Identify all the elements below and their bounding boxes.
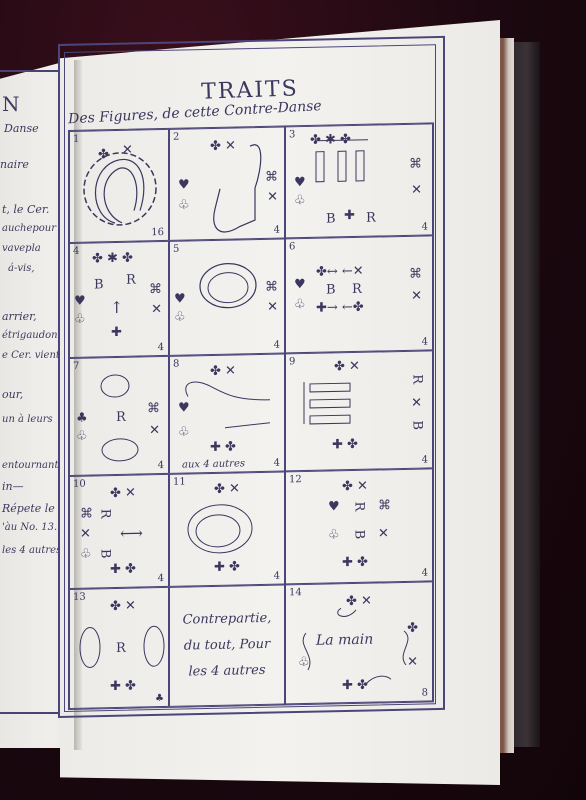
position-label-r: R (97, 509, 112, 519)
dancer-symbol-icon: ✕ (80, 527, 91, 542)
dancer-symbol-icon: ✕ (378, 526, 389, 541)
left-text-line: Répete le (2, 502, 55, 515)
dancer-symbol-icon: ♧ (174, 310, 186, 325)
dancer-symbol-icon: ✤ (407, 621, 418, 636)
figure-number: 6 (289, 241, 295, 252)
figure-count: 4 (274, 340, 280, 351)
figure-cell-6: 6 ✤↔ ←✕ B R ✚→ ←✤ ♥ ♧ ⌘ ✕ 4 (285, 235, 433, 353)
figure-cell-3: 3 ✤ ✱ ✤ ♥ ♧ ⌘ ✕ B ✚ R 4 (285, 123, 433, 238)
position-label-b: B (351, 529, 366, 539)
figure-count: 8 (422, 687, 428, 698)
figure-count: ♣ (155, 693, 164, 704)
figure-cell-5: 5 ♥ ♧ ⌘ ✕ 4 (169, 238, 285, 355)
dancer-symbol-icon: ✕ (151, 302, 162, 317)
dancer-symbol-icon: ♥ (294, 277, 306, 292)
dancer-symbol-icon: ✕ (411, 289, 422, 304)
position-label-b: B (326, 211, 336, 226)
dancer-symbol-icon: ⌘ (265, 280, 278, 295)
left-text-line: naire (0, 158, 29, 171)
dancer-symbol-icon: ♧ (298, 655, 310, 670)
dancer-symbol-icon: ✤ ✕ (334, 359, 360, 375)
figure-cell-13: 13 ✤ ✕ R ✚ ✤ ♣ (69, 587, 169, 709)
figure-count: 4 (422, 454, 428, 465)
dancer-symbol-icon: ✚ ✤ (342, 678, 368, 694)
dancer-symbol-icon: ✤ ✕ (110, 486, 136, 502)
dancer-symbol-icon: ✚→ ←✤ (316, 300, 364, 316)
contrepartie-note: Contrepartie, du tout, Pour les 4 autres (169, 584, 285, 706)
left-text-line: in— (2, 480, 24, 493)
left-text-line: un à leurs (2, 414, 53, 425)
dancer-symbol-icon: ✤ ✕ (342, 479, 368, 495)
dancer-symbol-icon: ✤ ✕ (214, 481, 240, 497)
figure-cell-11: 11 ✤ ✕ ✚ ✤ 4 (169, 471, 285, 586)
dancer-symbol-icon: ✚ (111, 325, 122, 340)
left-text-line: arrier, (2, 310, 37, 323)
dancer-symbol-icon: ⌘ (147, 401, 160, 416)
figure-number: 10 (73, 479, 86, 490)
left-text-line: t, le Cer. (2, 203, 49, 216)
dancer-symbol-icon: ✤ ✕ (110, 599, 136, 615)
dancer-symbol-icon: ✕ (267, 190, 278, 205)
figure-count: 4 (158, 573, 164, 584)
figure-cell-4: 4 ✤ ✱ ✤ B R ♥ ♧ ↑ ✚ ⌘ ✕ 4 (69, 241, 169, 358)
figure-cell-14: 14 ✤ ✕ La main ♧ ✤ ✕ ✚ ✤ 8 (285, 581, 433, 704)
figure-cell-12: 12 ✤ ✕ ♥ R ⌘ ♧ B ✕ ✚ ✤ 4 (285, 468, 433, 584)
position-label-r: R (116, 410, 126, 425)
dancer-symbol-icon: ⌘ (80, 506, 93, 521)
left-text-line: Danse (4, 122, 39, 135)
position-label-r: R (116, 641, 126, 656)
figure-cell-8: 8 ✤ ✕ ♥ ♧ ✚ ✤ aux 4 autres 4 (169, 353, 285, 473)
double-arrow-icon: ⟷ (120, 523, 143, 542)
dancer-symbol-icon: ✤ ✕ (346, 594, 372, 610)
position-label-r: R (410, 374, 425, 384)
arrow-up-icon: ↑ (110, 298, 123, 317)
left-text-line: 'àu No. 13. (2, 522, 57, 533)
dancer-symbol-icon: ♧ (294, 193, 306, 208)
dancer-symbol-icon: ♧ (178, 424, 190, 439)
figure-count: 16 (151, 227, 164, 238)
circle-path-diagram (70, 130, 169, 243)
left-text-line: entournant (2, 460, 58, 471)
figure-count: 4 (158, 460, 164, 471)
figure-number: 12 (289, 474, 302, 485)
dancer-symbol-icon: ✚ ✤ (214, 559, 240, 575)
left-text-line: our, (2, 388, 23, 401)
figure-cell-7: 7 R ♣ ♧ ⌘ ✕ 4 (69, 356, 169, 476)
figure-count: 4 (422, 221, 428, 232)
dancer-symbol-icon: ✕ (411, 183, 422, 198)
left-text-line: les 4 autres (2, 545, 61, 556)
figures-grid: 1 ✤ ✕ 16 2 ✤ ✕ ♥ ♧ ⌘ ✕ 4 3 ✤ ✱ ✤ ♥ ♧ (68, 122, 434, 710)
dancer-symbol-icon: ♥ (174, 292, 186, 307)
dancer-symbol-icon: ✕ (411, 396, 422, 411)
left-header-letter: N (2, 92, 20, 116)
position-label-b: B (94, 277, 104, 292)
position-label-r: R (351, 501, 366, 511)
dancer-symbol-icon: ♧ (294, 297, 306, 312)
dancer-symbol-icon: ✚ ✤ (110, 562, 136, 578)
dancer-symbol-icon: ✕ (267, 300, 278, 315)
dancer-symbol-icon: ♥ (294, 175, 306, 190)
left-text-line: étrigaudon (2, 330, 58, 341)
dancer-symbol-icon: ✚ ✤ (110, 679, 136, 695)
figure-count: 4 (274, 225, 280, 236)
position-label-b: B (97, 549, 112, 559)
dancer-symbol-icon: ♥ (74, 294, 86, 309)
dancer-symbol-icon: ♥ (178, 177, 190, 192)
dancer-symbol-icon: ✤ (98, 147, 109, 162)
position-label-r: R (366, 211, 376, 226)
left-text-line: auchepour (2, 223, 56, 234)
figure-cell-10: 10 ✤ ✕ ⌘ R ✕ ⟷ ♧ B ✚ ✤ 4 (69, 474, 169, 589)
left-text-line: e Cer. vient (2, 350, 60, 361)
left-text-line: vavepla (2, 243, 41, 254)
figure-caption: aux 4 autres (182, 458, 245, 470)
dancer-symbol-icon: ♥ (178, 400, 190, 415)
dancer-symbol-icon: ⌘ (265, 170, 278, 185)
figure-number: 4 (73, 246, 79, 257)
book-cover-edge (514, 42, 540, 747)
dancer-symbol-icon: ♣ (76, 411, 88, 426)
dancer-symbol-icon: ✕ (122, 143, 133, 158)
dancer-symbol-icon: ♧ (74, 312, 86, 327)
oval-path-diagram (170, 239, 285, 355)
dancer-symbol-icon: ⌘ (409, 267, 422, 282)
figure-count: 4 (274, 571, 280, 582)
figure-cell-1: 1 ✤ ✕ 16 (69, 129, 169, 243)
dancer-symbol-icon: ✤ ✕ (210, 138, 236, 154)
dancer-symbol-icon: ⌘ (378, 498, 391, 513)
dancer-symbol-icon: ✕ (149, 423, 160, 438)
dancer-symbol-icon: ✤ ✕ (210, 363, 236, 379)
figure-caption: La main (316, 632, 373, 649)
figure-count: 4 (422, 336, 428, 347)
dancer-symbol-icon: ✕ (407, 655, 418, 670)
dancer-symbol-icon: ♧ (76, 429, 88, 444)
dancer-symbol-icon: ✚ ✤ (342, 555, 368, 571)
dancer-symbol-icon: ✤ ✱ ✤ (310, 132, 351, 148)
position-label-b: B (410, 420, 425, 430)
note-line: du tout, Pour (184, 632, 270, 660)
figure-cell-9: 9 ✤ ✕ R ✕ B ✚ ✤ 4 (285, 350, 433, 471)
dancer-symbol-icon: ⌘ (149, 282, 162, 297)
dancer-symbol-icon: ♧ (80, 547, 92, 562)
dancer-symbol-icon: ♧ (328, 527, 340, 542)
dancer-symbol-icon: ✚ ✤ (210, 439, 236, 455)
position-label-b: B (326, 282, 336, 297)
figure-cell-2: 2 ✤ ✕ ♥ ♧ ⌘ ✕ 4 (169, 126, 285, 240)
note-line: les 4 autres (189, 658, 266, 686)
dancer-symbol-icon: ✚ ✤ (332, 437, 358, 453)
figure-count: 4 (422, 567, 428, 578)
left-text-line: á-vis, (8, 263, 35, 274)
dancer-symbol-icon: ♧ (178, 197, 190, 212)
note-line: Contrepartie, (183, 606, 272, 634)
figure-count: 4 (274, 458, 280, 469)
position-label-r: R (126, 273, 136, 288)
dancer-symbol-icon: ♥ (328, 499, 340, 514)
dancer-symbol-icon: ✚ (344, 208, 355, 223)
dancer-symbol-icon: ✤ ✱ ✤ (92, 251, 133, 267)
position-label-r: R (352, 282, 362, 297)
figure-count: 4 (158, 342, 164, 353)
dancer-symbol-icon: ✤↔ ←✕ (316, 264, 364, 280)
dancer-symbol-icon: ⌘ (409, 157, 422, 172)
lines-diagram (286, 124, 433, 238)
